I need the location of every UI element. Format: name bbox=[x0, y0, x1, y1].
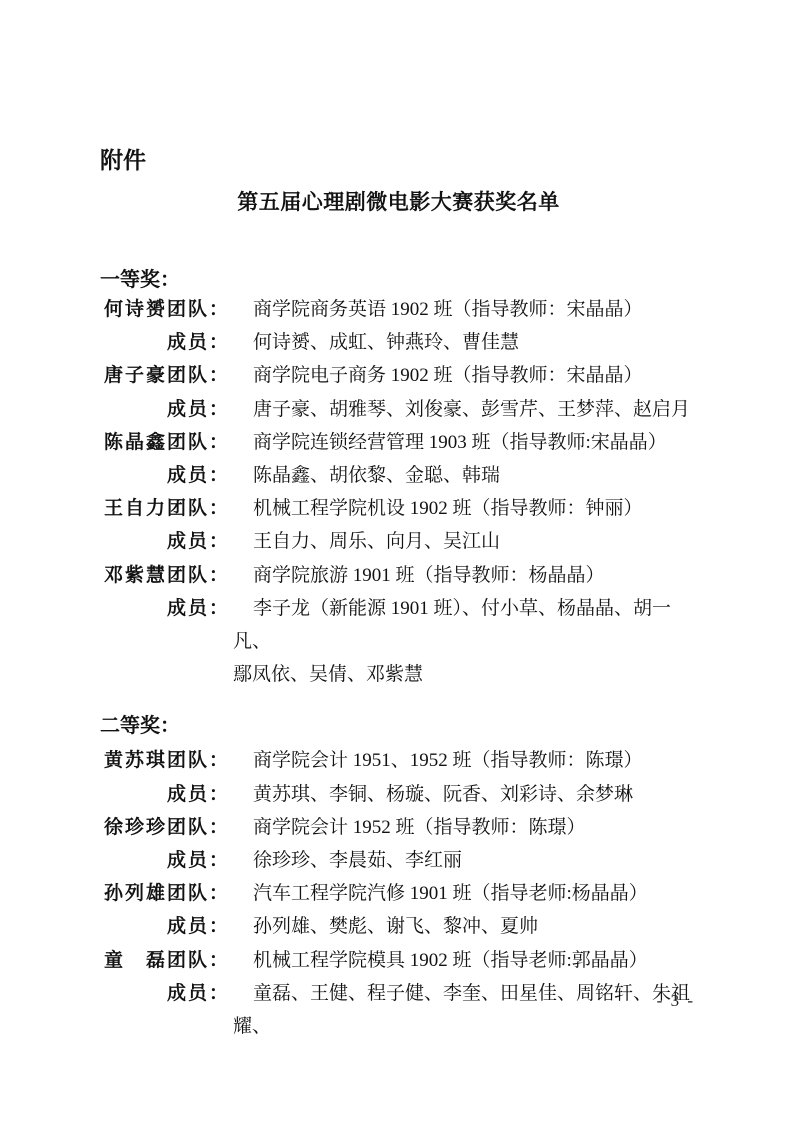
members-list: 陈晶鑫、胡依黎、金聪、韩瑞 bbox=[233, 459, 697, 492]
section-heading-second-prize: 二等奖： bbox=[100, 713, 697, 739]
first-prize-list: 何诗赟团队： 商学院商务英语 1902 班（指导教师：宋晶晶） 成员： 何诗赟、… bbox=[100, 293, 697, 691]
members-label: 成员： bbox=[100, 326, 230, 359]
members-label: 成员： bbox=[100, 844, 230, 877]
members-label: 成员： bbox=[100, 459, 230, 492]
members-row: 成员： 唐子豪、胡雅琴、刘俊豪、彭雪芹、王梦萍、赵启月 bbox=[100, 393, 697, 426]
members-list: 童磊、王健、程子健、李奎、田星佳、周铭轩、朱祖耀、 bbox=[233, 977, 697, 1043]
members-label: 成员： bbox=[100, 778, 230, 811]
members-list: 黄苏琪、李铜、杨璇、阮香、刘彩诗、余梦琳 bbox=[233, 778, 697, 811]
team-name-label: 童 磊团队： bbox=[100, 944, 230, 977]
team-row: 何诗赟团队： 商学院商务英语 1902 班（指导教师：宋晶晶） bbox=[100, 293, 697, 326]
team-info: 汽车工程学院汽修 1901 班（指导老师:杨晶晶） bbox=[233, 877, 697, 910]
team-row: 邓紫慧团队： 商学院旅游 1901 班（指导教师：杨晶晶） bbox=[100, 559, 697, 592]
members-row: 成员： 李子龙（新能源 1901 班）、付小草、杨晶晶、胡一凡、 鄢凤依、吴倩、… bbox=[100, 592, 697, 692]
members-label: 成员： bbox=[100, 977, 230, 1043]
team-name-label: 邓紫慧团队： bbox=[100, 559, 230, 592]
team-info: 商学院会计 1952 班（指导教师：陈璟） bbox=[233, 811, 697, 844]
second-prize-list: 黄苏琪团队： 商学院会计 1951、1952 班（指导教师：陈璟） 成员： 黄苏… bbox=[100, 744, 697, 1043]
members-list: 王自力、周乐、向月、吴江山 bbox=[233, 525, 697, 558]
team-info: 机械工程学院模具 1902 班（指导老师:郭晶晶） bbox=[233, 944, 697, 977]
team-info: 商学院商务英语 1902 班（指导教师：宋晶晶） bbox=[233, 293, 697, 326]
team-name-label: 孙列雄团队： bbox=[100, 877, 230, 910]
team-row: 孙列雄团队： 汽车工程学院汽修 1901 班（指导老师:杨晶晶） bbox=[100, 877, 697, 910]
team-name-label: 徐珍珍团队： bbox=[100, 811, 230, 844]
members-row: 成员： 陈晶鑫、胡依黎、金聪、韩瑞 bbox=[100, 459, 697, 492]
members-row: 成员： 何诗赟、成虹、钟燕玲、曹佳慧 bbox=[100, 326, 697, 359]
team-row: 童 磊团队： 机械工程学院模具 1902 班（指导老师:郭晶晶） bbox=[100, 944, 697, 977]
members-row: 成员： 王自力、周乐、向月、吴江山 bbox=[100, 525, 697, 558]
members-list: 何诗赟、成虹、钟燕玲、曹佳慧 bbox=[233, 326, 697, 359]
team-name-label: 黄苏琪团队： bbox=[100, 744, 230, 777]
team-info: 商学院旅游 1901 班（指导教师：杨晶晶） bbox=[233, 559, 697, 592]
document-title: 第五届心理剧微电影大赛获奖名单 bbox=[100, 190, 697, 215]
members-label: 成员： bbox=[100, 910, 230, 943]
team-name-label: 唐子豪团队： bbox=[100, 359, 230, 392]
team-name-label: 陈晶鑫团队： bbox=[100, 426, 230, 459]
team-info: 商学院会计 1951、1952 班（指导教师：陈璟） bbox=[233, 744, 697, 777]
team-row: 黄苏琪团队： 商学院会计 1951、1952 班（指导教师：陈璟） bbox=[100, 744, 697, 777]
team-info: 机械工程学院机设 1902 班（指导教师：钟丽） bbox=[233, 492, 697, 525]
document-page: 附件 第五届心理剧微电影大赛获奖名单 一等奖： 何诗赟团队： 商学院商务英语 1… bbox=[0, 0, 794, 1123]
members-label: 成员： bbox=[100, 393, 230, 426]
page-number: - 3 - bbox=[657, 991, 695, 1011]
members-row: 成员： 黄苏琪、李铜、杨璇、阮香、刘彩诗、余梦琳 bbox=[100, 778, 697, 811]
team-info: 商学院连锁经营管理 1903 班（指导教师:宋晶晶） bbox=[233, 426, 697, 459]
members-row: 成员： 童磊、王健、程子健、李奎、田星佳、周铭轩、朱祖耀、 bbox=[100, 977, 697, 1043]
team-name-label: 何诗赟团队： bbox=[100, 293, 230, 326]
members-row: 成员： 孙列雄、樊彪、谢飞、黎冲、夏帅 bbox=[100, 910, 697, 943]
members-row: 成员： 徐珍珍、李晨茹、李红丽 bbox=[100, 844, 697, 877]
members-list: 孙列雄、樊彪、谢飞、黎冲、夏帅 bbox=[233, 910, 697, 943]
team-row: 王自力团队： 机械工程学院机设 1902 班（指导教师：钟丽） bbox=[100, 492, 697, 525]
team-row: 陈晶鑫团队： 商学院连锁经营管理 1903 班（指导教师:宋晶晶） bbox=[100, 426, 697, 459]
attachment-label: 附件 bbox=[100, 147, 697, 173]
members-label: 成员： bbox=[100, 525, 230, 558]
team-row: 徐珍珍团队： 商学院会计 1952 班（指导教师：陈璟） bbox=[100, 811, 697, 844]
team-name-label: 王自力团队： bbox=[100, 492, 230, 525]
team-row: 唐子豪团队： 商学院电子商务 1902 班（指导教师：宋晶晶） bbox=[100, 359, 697, 392]
members-list: 徐珍珍、李晨茹、李红丽 bbox=[233, 844, 697, 877]
section-heading-first-prize: 一等奖： bbox=[100, 267, 697, 293]
team-info: 商学院电子商务 1902 班（指导教师：宋晶晶） bbox=[233, 359, 697, 392]
members-list: 李子龙（新能源 1901 班）、付小草、杨晶晶、胡一凡、 鄢凤依、吴倩、邓紫慧 bbox=[233, 592, 697, 692]
members-label: 成员： bbox=[100, 592, 230, 692]
members-list: 唐子豪、胡雅琴、刘俊豪、彭雪芹、王梦萍、赵启月 bbox=[233, 393, 697, 426]
